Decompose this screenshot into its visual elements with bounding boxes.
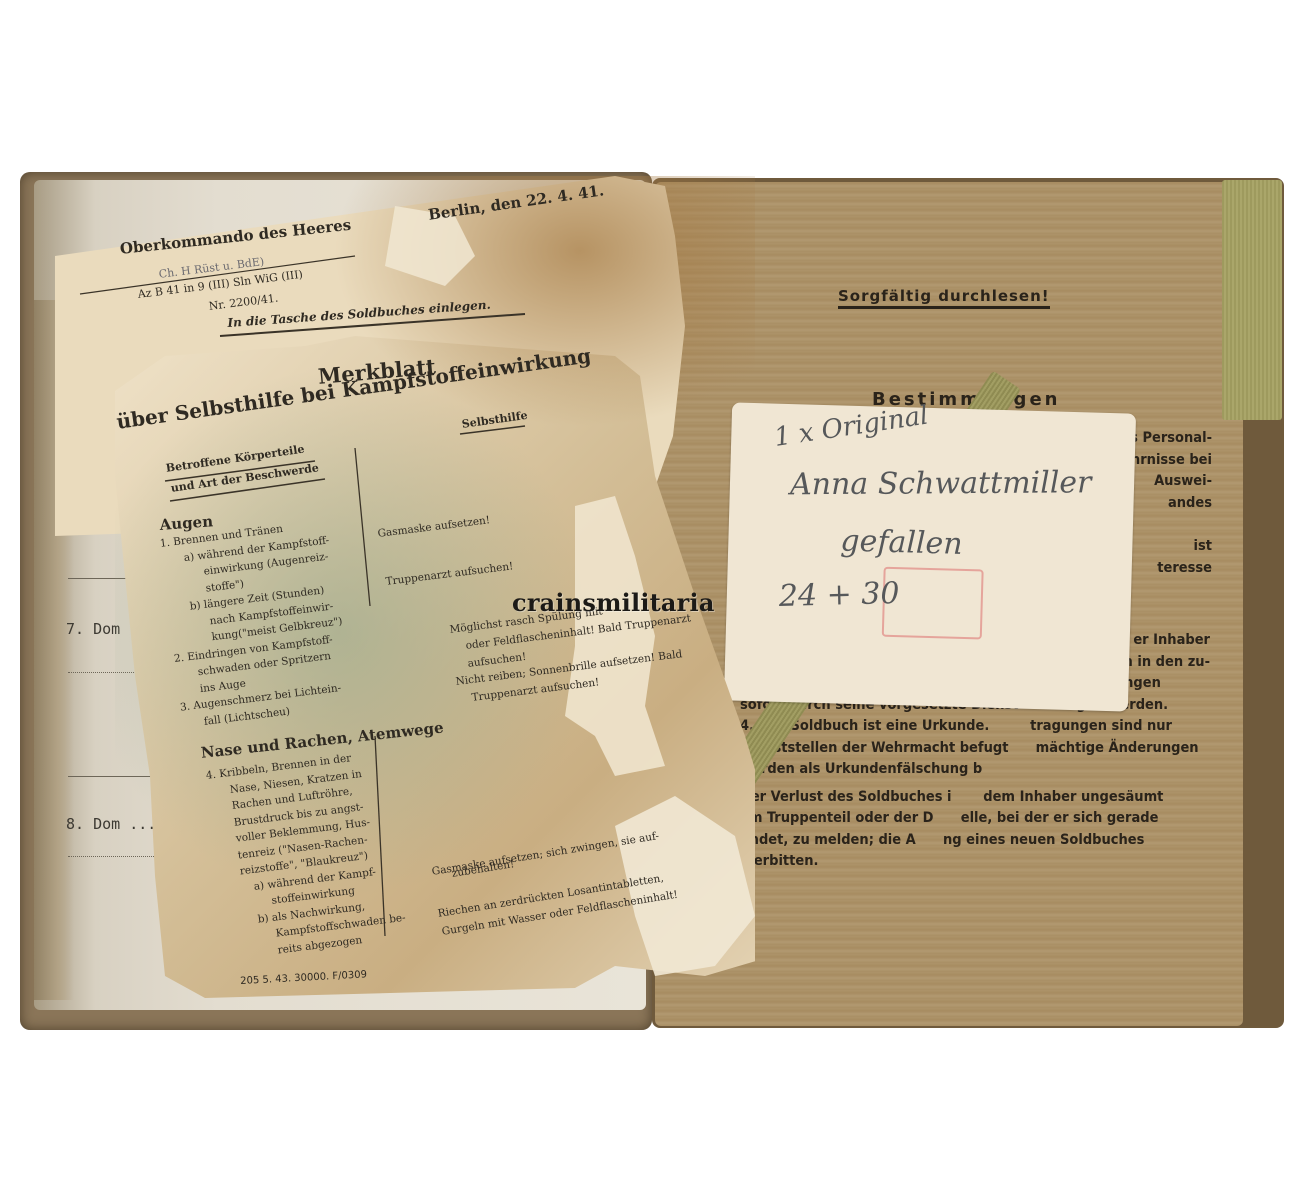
card-line-fallen: gefallen bbox=[840, 523, 963, 561]
regulation-line: em Truppenteil oder der D elle, bei der … bbox=[740, 808, 1210, 830]
nose-symptoms: 4. Kribbeln, Brennen in der Nase, Niesen… bbox=[205, 746, 409, 965]
watermark: crainsmilitaria bbox=[512, 588, 715, 617]
card-line-numbers: 24 + 30 bbox=[778, 576, 899, 614]
card-line-original: 1 x Original bbox=[772, 401, 930, 453]
handwritten-card: 1 x Original Anna Schwattmiller gefallen… bbox=[724, 402, 1136, 711]
read-carefully-heading: Sorgfältig durchlesen! bbox=[838, 287, 1050, 309]
regulation-line: Der Verlust des Soldbuches i dem Inhaber… bbox=[740, 787, 1210, 809]
regulation-line: findet, zu melden; die A ng eines neuen … bbox=[740, 830, 1210, 852]
ribbon-band bbox=[1222, 180, 1282, 420]
eyes-symptoms: 1. Brennen und Tränen a) während der Kam… bbox=[159, 515, 353, 732]
card-line-name: Anna Schwattmiller bbox=[790, 465, 1092, 502]
regulation-line: werden als Urkundenfälschung b bbox=[740, 759, 1210, 781]
regulation-line: 4. Das Soldbuch ist eine Urkunde. tragun… bbox=[740, 716, 1210, 738]
regulation-line: u erbitten. bbox=[740, 851, 1210, 873]
regulation-line: Dienststellen der Wehrmacht befugt mächt… bbox=[740, 738, 1210, 760]
